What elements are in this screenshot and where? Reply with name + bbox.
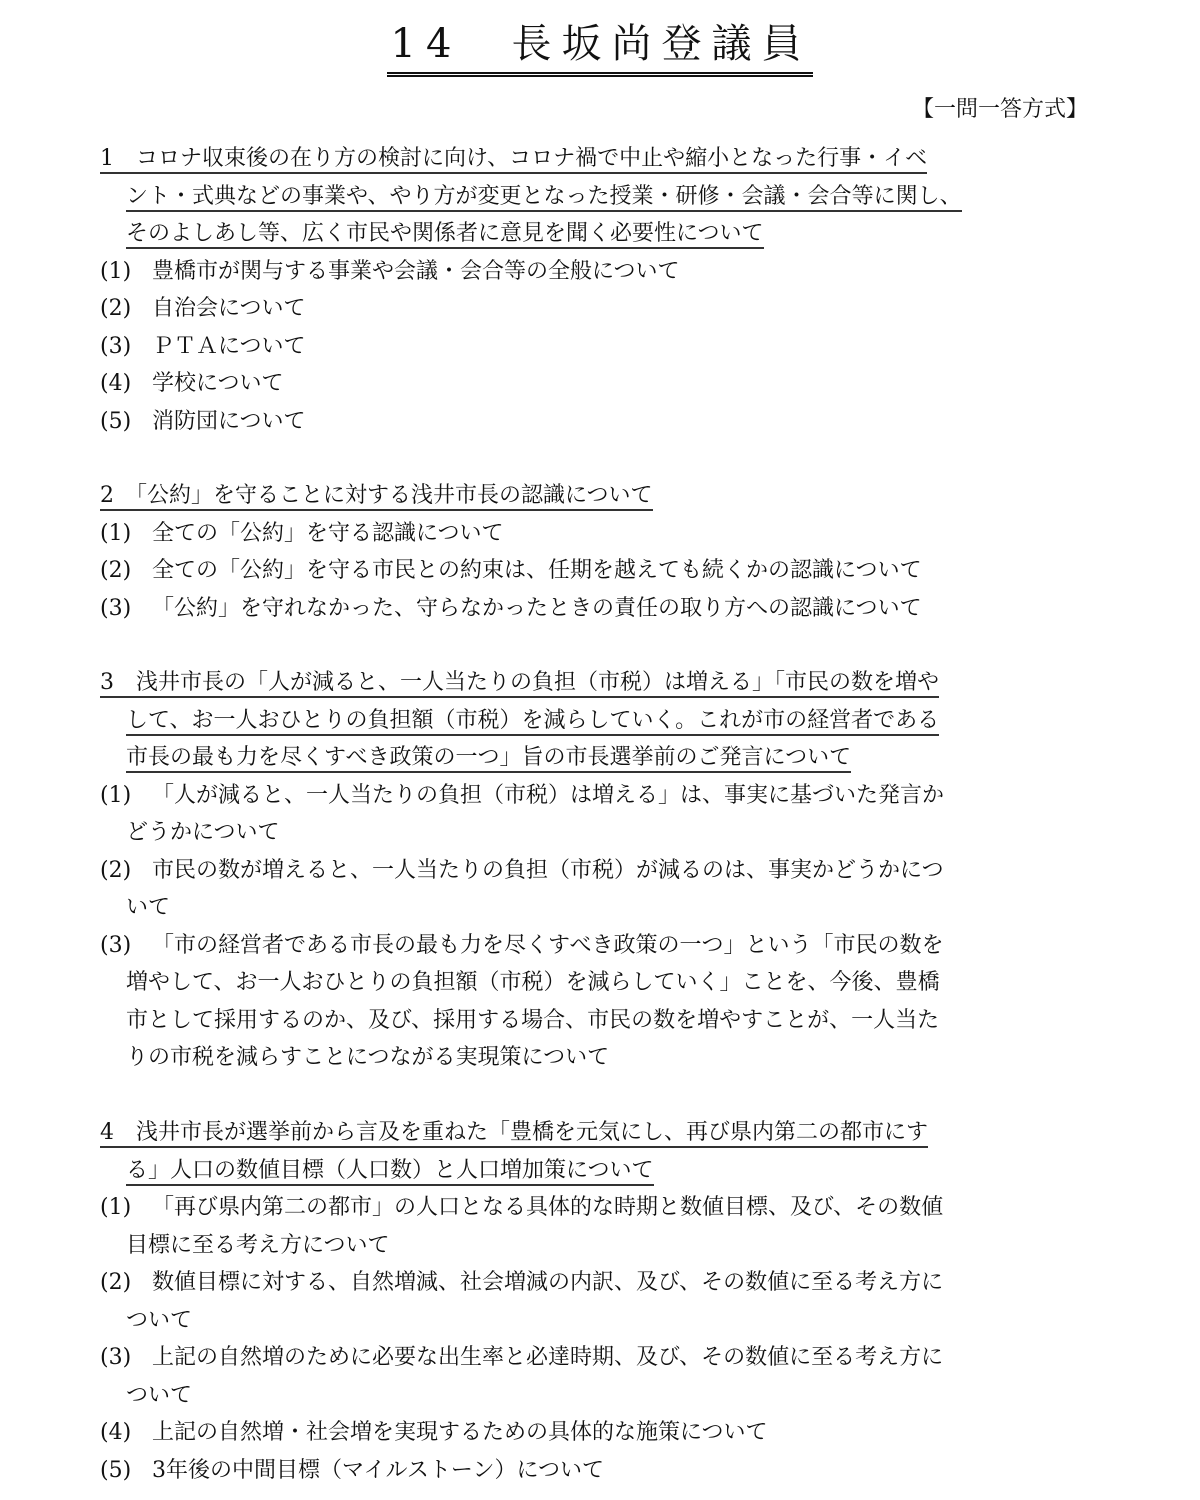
list-item: (5)3年後の中間目標（マイルストーン）について <box>100 1452 1105 1490</box>
list-item-continuation: いて <box>100 889 1105 927</box>
list-item: (2)数値目標に対する、自然増減、社会増減の内訳、及び、その数値に至る考え方に <box>100 1264 1105 1302</box>
list-item: (2)自治会について <box>100 290 1105 328</box>
section-heading-line: して、お一人おひとりの負担額（市税）を減らしていく。これが市の経営者である <box>100 702 1105 740</box>
list-item-continuation: どうかについて <box>100 814 1105 852</box>
list-item-continuation: ついて <box>100 1302 1105 1340</box>
section-heading-line: ント・式典などの事業や、やり方が変更となった授業・研修・会議・会合等に関し、 <box>100 178 1105 216</box>
list-item: (4)学校について <box>100 365 1105 403</box>
question-section-1: 1 コロナ収束後の在り方の検討に向け、コロナ禍で中止や縮小となった行事・イベ ン… <box>100 140 1105 440</box>
list-item: (5)消防団について <box>100 403 1105 441</box>
list-item-continuation: 目標に至る考え方について <box>100 1227 1105 1265</box>
list-item: (1)豊橋市が関与する事業や会議・会合等の全般について <box>100 253 1105 291</box>
question-section-3: 3 浅井市長の「人が減ると、一人当たりの負担（市税）は増える」「市民の数を増や … <box>100 664 1105 1077</box>
section-heading-line: 2 「公約」を守ることに対する浅井市長の認識について <box>100 477 1105 515</box>
list-item: (1)「人が減ると、一人当たりの負担（市税）は増える」は、事実に基づいた発言か <box>100 777 1105 815</box>
question-section-2: 2 「公約」を守ることに対する浅井市長の認識について (1)全ての「公約」を守る… <box>100 477 1105 627</box>
list-item: (2)全ての「公約」を守る市民との約束は、任期を越えても続くかの認識について <box>100 552 1105 590</box>
list-item-continuation: 市として採用するのか、及び、採用する場合、市民の数を増やすことが、一人当た <box>100 1002 1105 1040</box>
list-item: (3)上記の自然増のために必要な出生率と必達時期、及び、その数値に至る考え方に <box>100 1339 1105 1377</box>
list-item: (1)「再び県内第二の都市」の人口となる具体的な時期と数値目標、及び、その数値 <box>100 1189 1105 1227</box>
section-heading-line: 4 浅井市長が選挙前から言及を重ねた「豊橋を元気にし、再び県内第二の都市にす <box>100 1114 1105 1152</box>
section-heading-line: る」人口の数値目標（人口数）と人口増加策について <box>100 1152 1105 1190</box>
document-title-block: 14 長坂尚登議員 <box>0 18 1200 77</box>
list-item-continuation: ついて <box>100 1377 1105 1415</box>
section-heading-line: 市長の最も力を尽くすべき政策の一つ」旨の市長選挙前のご発言について <box>100 739 1105 777</box>
list-item: (3)「公約」を守れなかった、守らなかったときの責任の取り方への認識について <box>100 590 1105 628</box>
section-heading-line: 1 コロナ収束後の在り方の検討に向け、コロナ禍で中止や縮小となった行事・イベ <box>100 140 1105 178</box>
list-item: (3)「市の経営者である市長の最も力を尽くすべき政策の一つ」という「市民の数を <box>100 927 1105 965</box>
list-item: (3)ＰＴＡについて <box>100 328 1105 366</box>
list-item: (2)市民の数が増えると、一人当たりの負担（市税）が減るのは、事実かどうかにつ <box>100 852 1105 890</box>
question-section-4: 4 浅井市長が選挙前から言及を重ねた「豊橋を元気にし、再び県内第二の都市にす る… <box>100 1114 1105 1489</box>
list-item-continuation: りの市税を減らすことにつながる実現策について <box>100 1039 1105 1077</box>
section-heading-line: そのよしあし等、広く市民や関係者に意見を聞く必要性について <box>100 215 1105 253</box>
question-format-label: 【一問一答方式】 <box>912 95 1088 125</box>
section-heading-line: 3 浅井市長の「人が減ると、一人当たりの負担（市税）は増える」「市民の数を増や <box>100 664 1105 702</box>
list-item-continuation: 増やして、お一人おひとりの負担額（市税）を減らしていく」ことを、今後、豊橋 <box>100 964 1105 1002</box>
list-item: (4)上記の自然増・社会増を実現するための具体的な施策について <box>100 1414 1105 1452</box>
page-title: 14 長坂尚登議員 <box>387 18 814 77</box>
list-item: (1)全ての「公約」を守る認識について <box>100 515 1105 553</box>
